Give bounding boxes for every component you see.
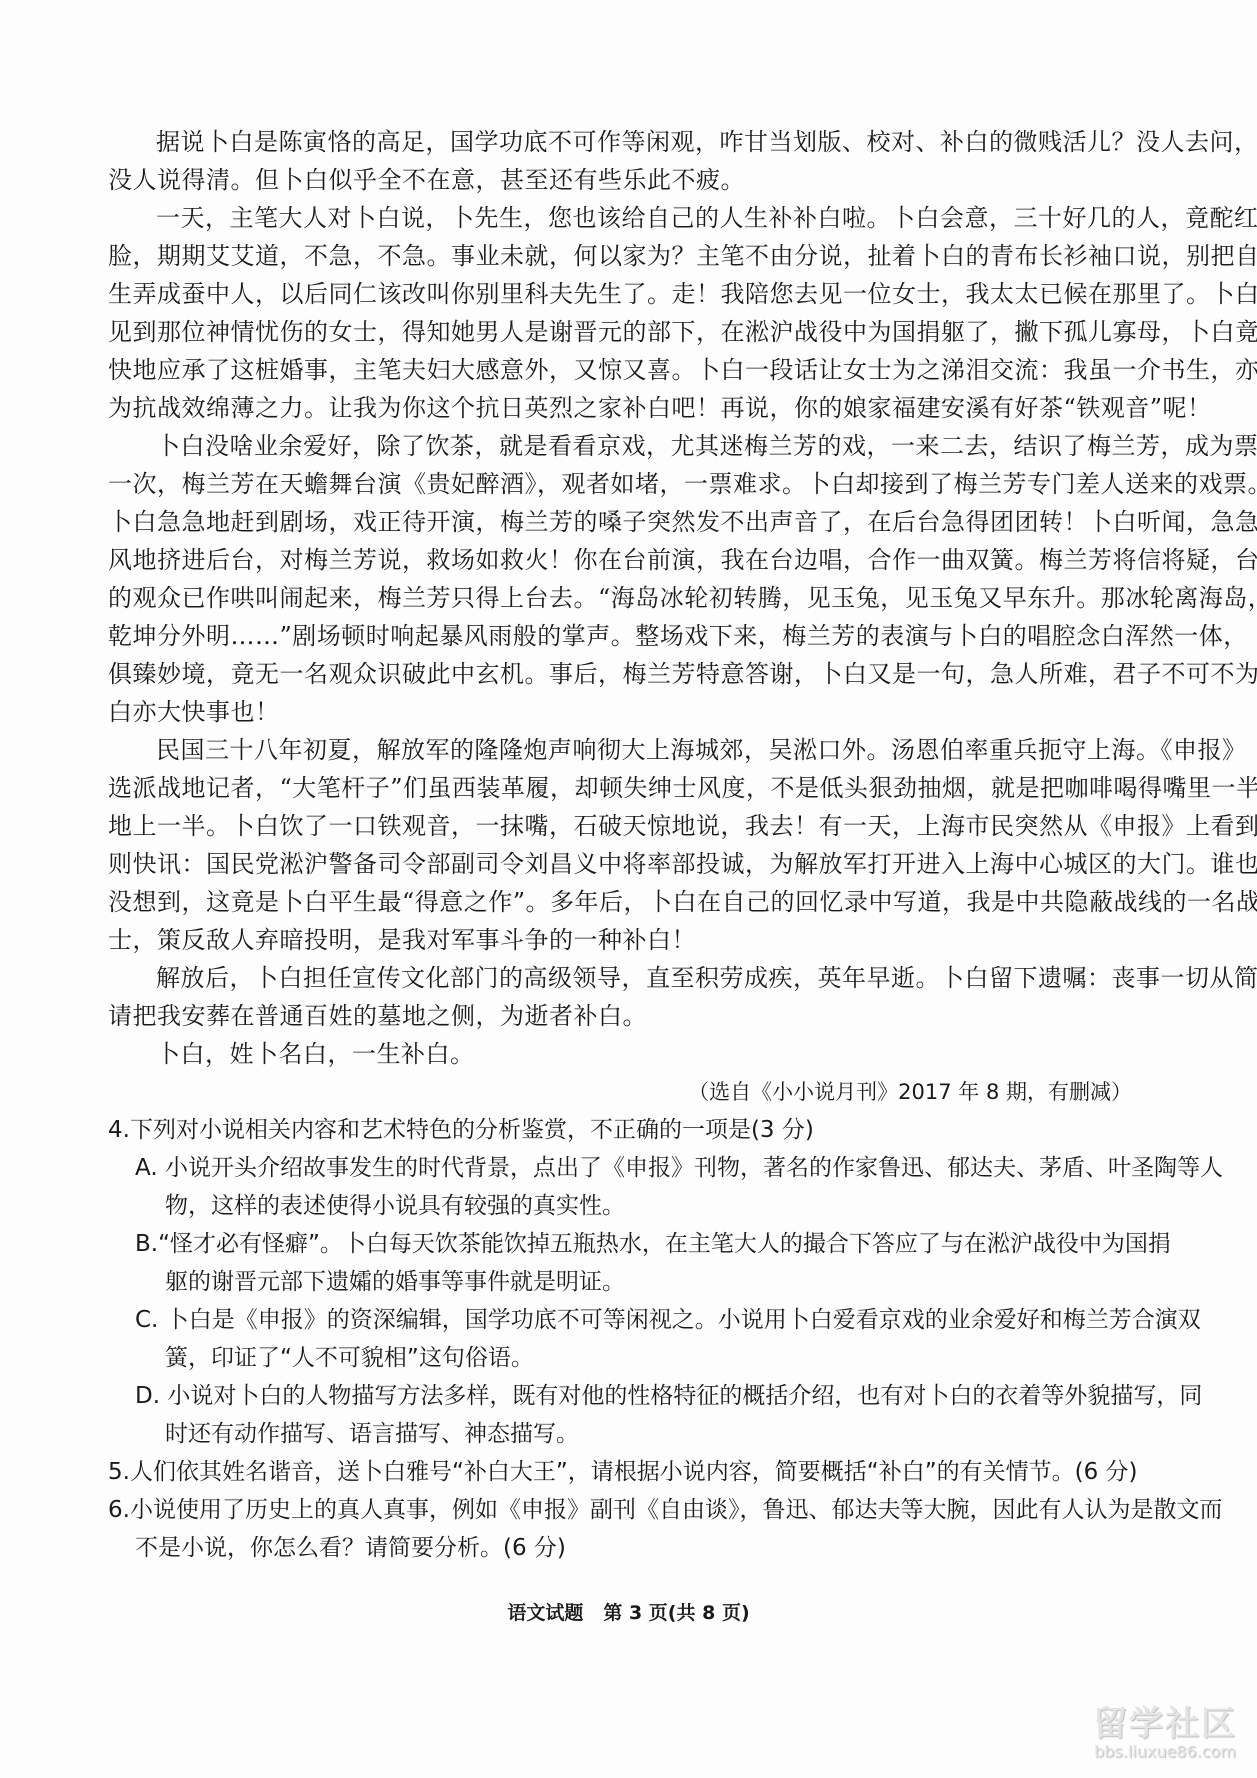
option-text: 小说开头介绍故事发生的时代背景，点出了《申报》刊物，著名的作家鲁迅、郁达夫、茅盾… <box>165 1155 1223 1181</box>
watermark: 留学社区 bbs.liuxue86.com <box>1085 1705 1245 1761</box>
story-line: 没人说得清。但卜白似乎全不在意，甚至还有些乐此不疲。 <box>108 165 1138 195</box>
option-label: A. <box>135 1155 158 1181</box>
story-line: 的观众已作哄叫闹起来，梅兰芳只得上台去。“海岛冰轮初转腾，见玉兔，见玉兔又早东升… <box>108 583 1138 613</box>
story-line: 民国三十八年初夏，解放军的隆隆炮声响彻大上海城郊，吴淞口外。汤恩伯率重兵扼守上海… <box>156 735 1138 765</box>
page-footer: 语文试题第 3 页(共 8 页) <box>0 1598 1257 1625</box>
question-4: 4.下列对小说相关内容和艺术特色的分析鉴赏，不正确的一项是(3 分) <box>108 1115 1138 1145</box>
story-line: 一次，梅兰芳在天蟾舞台演《贵妃醉酒》，观者如堵，一票难求。卜白却接到了梅兰芳专门… <box>108 469 1138 499</box>
story-line: 为抗战效绵薄之力。让我为你这个抗日英烈之家补白吧！再说，你的娘家福建安溪有好茶“… <box>108 393 1138 423</box>
story-line: 士，策反敌人弃暗投明，是我对军事斗争的一种补白！ <box>108 925 1138 955</box>
source-citation: （选自《小小说月刊》2017 年 8 期，有删减） <box>688 1077 1132 1107</box>
story-line: 一天，主笔大人对卜白说，卜先生，您也该给自己的人生补补白啦。卜白会意，三十好几的… <box>156 203 1138 233</box>
story-line: 白亦大快事也！ <box>108 697 1138 727</box>
option-c-cont: 簧，印证了“人不可貌相”这句俗语。 <box>165 1343 1138 1373</box>
question-6: 6.小说使用了历史上的真人真事，例如《申报》副刊《自由谈》，鲁迅、郁达夫等大腕，… <box>108 1495 1138 1525</box>
story-line: 地上一半。卜白饮了一口铁观音，一抹嘴，石破天惊地说，我去！有一天，上海市民突然从… <box>108 811 1138 841</box>
question-6-cont: 不是小说，你怎么看？请简要分析。(6 分) <box>135 1533 1108 1563</box>
question-text: 下列对小说相关内容和艺术特色的分析鉴赏，不正确的一项是(3 分) <box>130 1117 814 1143</box>
story-line: 快地应承了这桩婚事，主笔夫妇大感意外，又惊又喜。卜白一段话让女士为之涕泪交流：我… <box>108 355 1138 385</box>
story-line: 卜白急急地赶到剧场，戏正待开演，梅兰芳的嗓子突然发不出声音了，在后台急得团团转！… <box>108 507 1138 537</box>
story-line: 见到那位神情忧伤的女士，得知她男人是谢晋元的部下，在淞沪战役中为国捐躯了，撇下孤… <box>108 317 1138 347</box>
option-a-cont: 物，这样的表述使得小说具有较强的真实性。 <box>165 1191 1138 1221</box>
option-text: “怪才必有怪癖”。卜白每天饮茶能饮掉五瓶热水，在主笔大人的撮合下答应了与在淞沪战… <box>158 1231 1171 1257</box>
story-line: 风地挤进后台，对梅兰芳说，救场如救火！你在台前演，我在台边唱，合作一曲双簧。梅兰… <box>108 545 1138 575</box>
option-b: B.“怪才必有怪癖”。卜白每天饮茶能饮掉五瓶热水，在主笔大人的撮合下答应了与在淞… <box>135 1229 1138 1259</box>
option-text: 小说对卜白的人物描写方法多样，既有对他的性格特征的概括介绍，也有对卜白的衣着等外… <box>167 1383 1202 1409</box>
story-line: 俱臻妙境，竟无一名观众识破此中玄机。事后，梅兰芳特意答谢，卜白又是一句，急人所难… <box>108 659 1138 689</box>
watermark-logo: 留学社区 <box>1085 1705 1245 1743</box>
story-line: 则快讯：国民党淞沪警备司令部副司令刘昌义中将率部投诚，为解放军打开进入上海中心城… <box>108 849 1138 879</box>
question-number: 6. <box>108 1497 130 1523</box>
watermark-url: bbs.liuxue86.com <box>1085 1743 1245 1761</box>
question-text: 人们依其姓名谐音，送卜白雅号“补白大王”，请根据小说内容，简要概括“补白”的有关… <box>130 1459 1138 1485</box>
option-b-cont: 躯的谢晋元部下遗孀的婚事等事件就是明证。 <box>165 1267 1138 1297</box>
option-label: C. <box>135 1307 158 1333</box>
exam-page: 据说卜白是陈寅恪的高足，国学功底不可作等闲观，咋甘当划版、校对、补白的微贱活儿？… <box>0 0 1257 1778</box>
story-line: 脸，期期艾艾道，不急，不急。事业未就，何以家为？主笔不由分说，扯着卜白的青布长衫… <box>108 241 1138 271</box>
option-d: D. 小说对卜白的人物描写方法多样，既有对他的性格特征的概括介绍，也有对卜白的衣… <box>135 1381 1138 1411</box>
story-line: 卜白没啥业余爱好，除了饮茶，就是看看京戏，尤其迷梅兰芳的戏，一来二去，结识了梅兰… <box>156 431 1138 461</box>
story-line: 卜白，姓卜名白，一生补白。 <box>156 1039 1138 1069</box>
question-number: 4. <box>108 1117 130 1143</box>
question-5: 5.人们依其姓名谐音，送卜白雅号“补白大王”，请根据小说内容，简要概括“补白”的… <box>108 1457 1138 1487</box>
option-d-cont: 时还有动作描写、语言描写、神态描写。 <box>165 1419 1138 1449</box>
option-text: 卜白是《申报》的资深编辑，国学功底不可等闲视之。小说用卜白爱看京戏的业余爱好和梅… <box>166 1307 1201 1333</box>
option-a: A. 小说开头介绍故事发生的时代背景，点出了《申报》刊物，著名的作家鲁迅、郁达夫… <box>135 1153 1138 1183</box>
question-number: 5. <box>108 1459 130 1485</box>
option-label: B. <box>135 1231 158 1257</box>
question-text: 小说使用了历史上的真人真事，例如《申报》副刊《自由谈》，鲁迅、郁达夫等大腕，因此… <box>130 1497 1223 1523</box>
option-c: C. 卜白是《申报》的资深编辑，国学功底不可等闲视之。小说用卜白爱看京戏的业余爱… <box>135 1305 1138 1335</box>
story-line: 据说卜白是陈寅恪的高足，国学功底不可作等闲观，咋甘当划版、校对、补白的微贱活儿？… <box>156 127 1138 157</box>
story-line: 乾坤分外明……”剧场顿时响起暴风雨般的掌声。整场戏下来，梅兰芳的表演与卜白的唱腔… <box>108 621 1138 651</box>
story-line: 选派战地记者，“大笔杆子”们虽西装革履，却顿失绅士风度，不是低头狠劲抽烟，就是把… <box>108 773 1138 803</box>
story-line: 请把我安葬在普通百姓的墓地之侧，为逝者补白。 <box>108 1001 1138 1031</box>
option-label: D. <box>135 1383 160 1409</box>
footer-page-number: 第 3 页(共 8 页) <box>603 1602 749 1624</box>
story-line: 生弄成蚕中人，以后同仁该改叫你别里科夫先生了。走！我陪您去见一位女士，我太太已候… <box>108 279 1138 309</box>
story-line: 解放后，卜白担任宣传文化部门的高级领导，直至积劳成疾，英年早逝。卜白留下遗嘱：丧… <box>156 963 1138 993</box>
footer-subject: 语文试题 <box>507 1602 583 1624</box>
story-line: 没想到，这竟是卜白平生最“得意之作”。多年后，卜白在自己的回忆录中写道，我是中共… <box>108 887 1138 917</box>
